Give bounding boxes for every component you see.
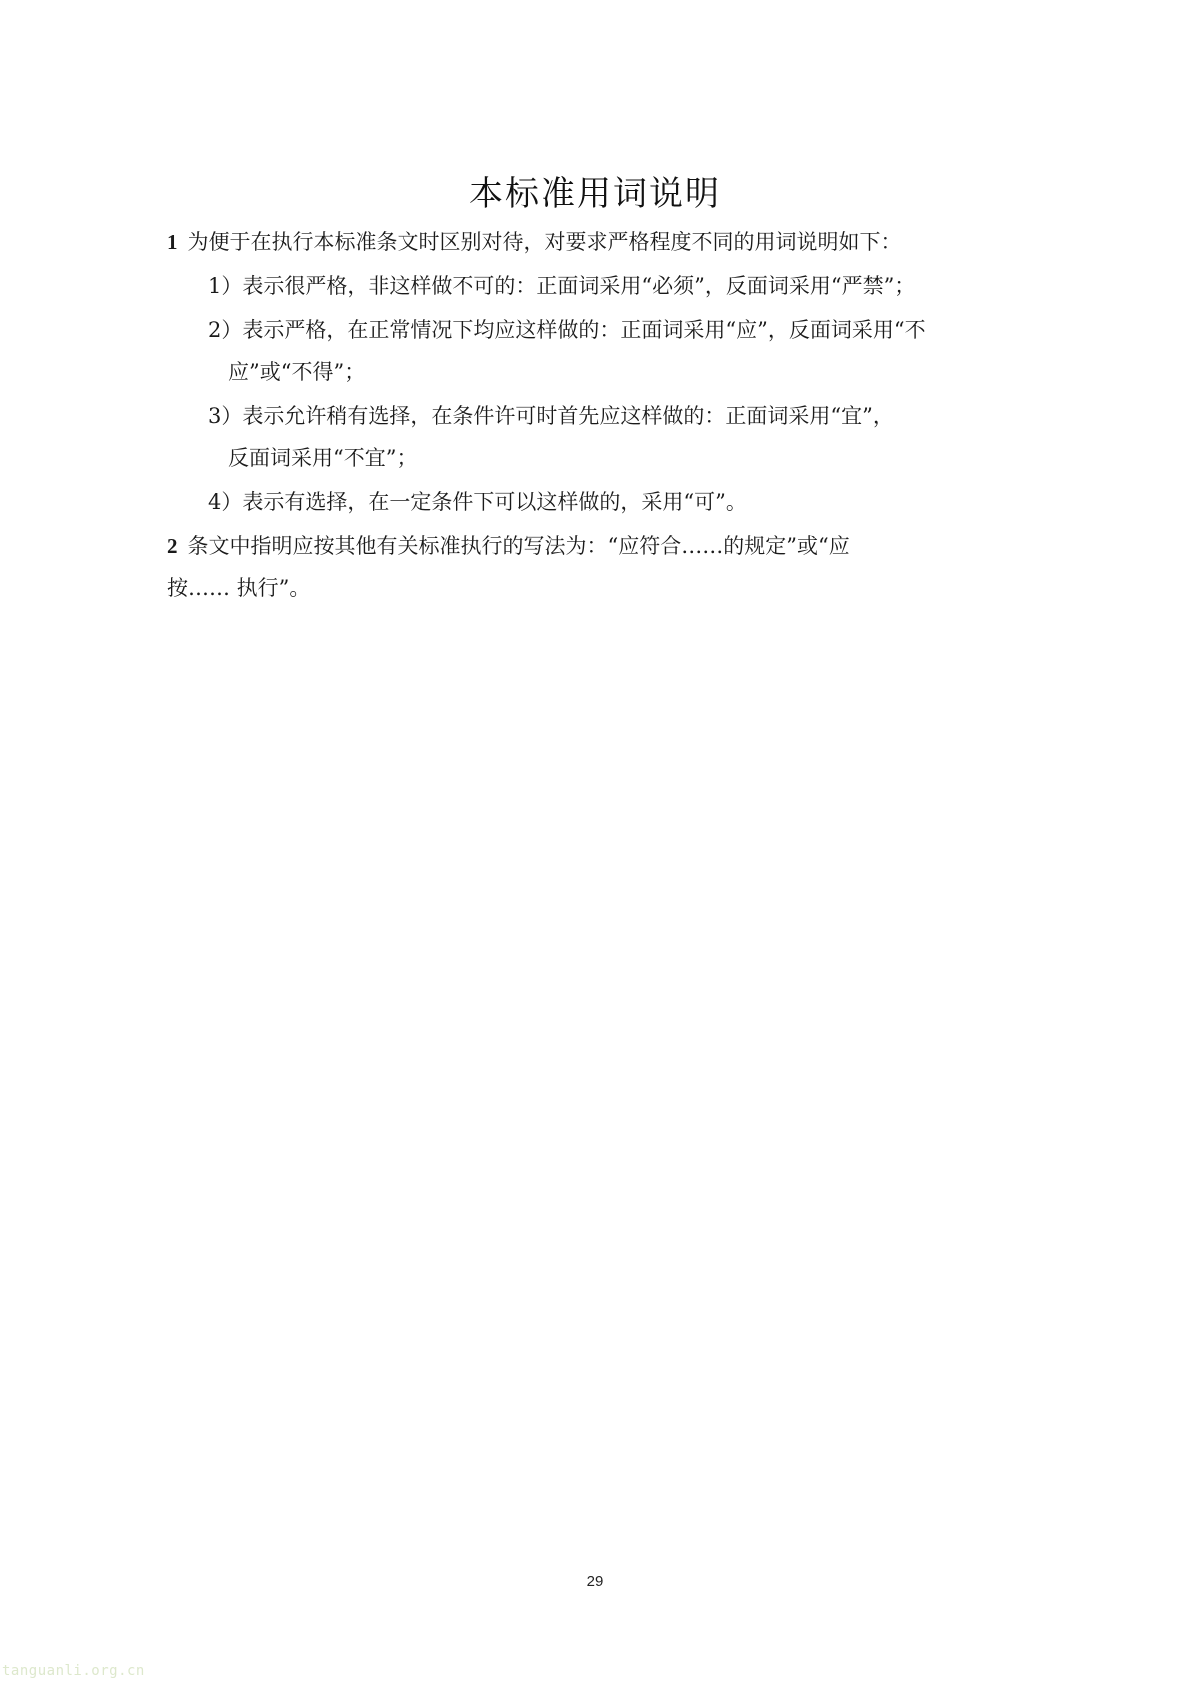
list-item-3: 3）表示允许稍有选择，在条件许可时首先应这样做的：正面词采用“宜”，	[208, 400, 894, 430]
page-number: 29	[0, 1573, 1190, 1590]
clause-number: 2	[167, 534, 178, 558]
list-item-3-continued: 反面词采用“不宜”；	[228, 442, 417, 472]
list-item-1: 1）表示很严格，非这样做不可的：正面词采用“必须”，反面词采用“严禁”；	[208, 270, 915, 300]
clause-2: 2条文中指明应按其他有关标准执行的写法为：“应符合……的规定”或“应	[167, 530, 850, 560]
watermark: tanguanli.org.cn	[2, 1663, 145, 1679]
list-item-2-continued: 应”或“不得”；	[228, 356, 365, 386]
clause-text: 为便于在执行本标准条文时区别对待，对要求严格程度不同的用词说明如下：	[188, 230, 902, 254]
clause-number: 1	[167, 230, 178, 254]
list-item-4: 4）表示有选择，在一定条件下可以这样做的，采用“可”。	[208, 486, 747, 516]
page-title: 本标准用词说明	[0, 166, 1190, 215]
list-item-2: 2）表示严格，在正常情况下均应这样做的：正面词采用“应”，反面词采用“不	[208, 314, 926, 344]
clause-text: 条文中指明应按其他有关标准执行的写法为：“应符合……的规定”或“应	[188, 534, 850, 558]
clause-2-continued: 按…… 执行”。	[167, 572, 310, 602]
clause-1: 1为便于在执行本标准条文时区别对待，对要求严格程度不同的用词说明如下：	[167, 226, 902, 256]
